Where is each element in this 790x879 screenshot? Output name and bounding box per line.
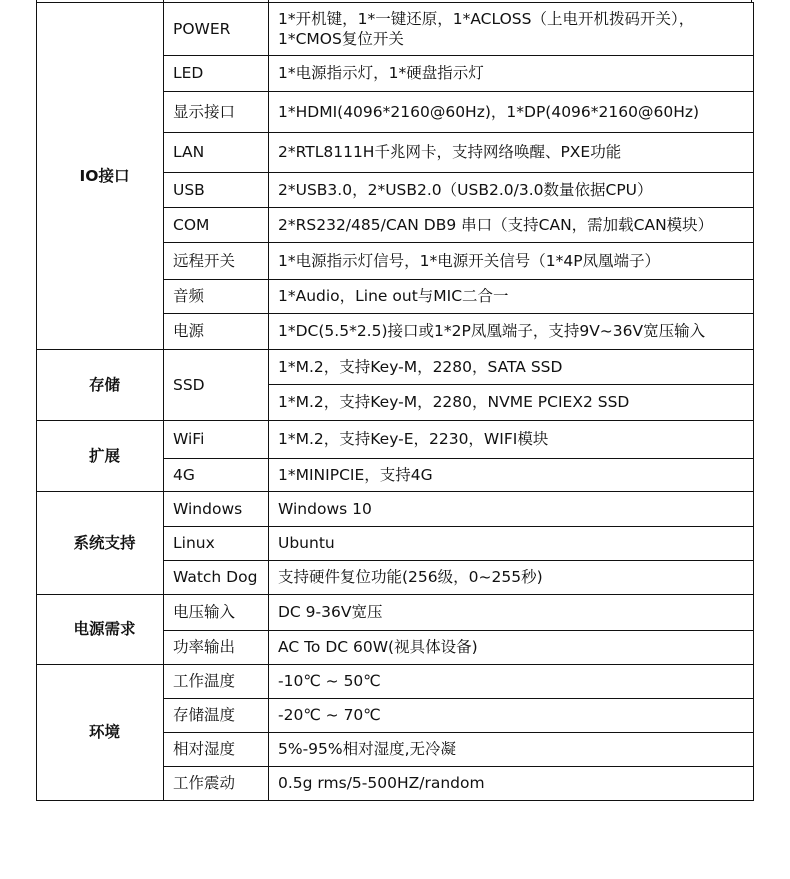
spec-value-cell: 1*开机键，1*一键还原，1*ACLOSS（上电开机拨码开关），1*CMOS复位…	[269, 3, 754, 56]
item-label-cell: 音频	[164, 280, 269, 314]
spec-value-cell: 1*DC(5.5*2.5)接口或1*2P凤凰端子，支持9V~36V宽压输入	[269, 314, 754, 350]
item-label-cell: Linux	[164, 527, 269, 561]
item-label-cell: WiFi	[164, 421, 269, 459]
spec-value-cell: DC 9-36V宽压	[269, 595, 754, 631]
table-row: 电源需求电压输入DC 9-36V宽压	[37, 595, 754, 631]
item-label-cell: USB	[164, 173, 269, 208]
table-row: IO接口POWER1*开机键，1*一键还原，1*ACLOSS（上电开机拨码开关）…	[37, 3, 754, 56]
spec-value-cell: -20℃ ~ 70℃	[269, 699, 754, 733]
spec-value-cell: -10℃ ~ 50℃	[269, 665, 754, 699]
spec-value-cell: 2*USB3.0，2*USB2.0（USB2.0/3.0数量依据CPU）	[269, 173, 754, 208]
spec-value-cell: 1*M.2，支持Key-M，2280，SATA SSD	[269, 350, 754, 385]
table-row: 环境工作温度-10℃ ~ 50℃	[37, 665, 754, 699]
category-cell: 电源需求	[37, 595, 164, 665]
item-label-cell: 存储温度	[164, 699, 269, 733]
spec-value-cell: 0.5g rms/5-500HZ/random	[269, 767, 754, 801]
item-label-cell: 相对湿度	[164, 733, 269, 767]
category-cell: 扩展	[37, 421, 164, 492]
item-label-cell: 远程开关	[164, 243, 269, 280]
spec-value-cell: 1*电源指示灯信号，1*电源开关信号（1*4P凤凰端子）	[269, 243, 754, 280]
category-cell: 环境	[37, 665, 164, 801]
item-label-cell: 电压输入	[164, 595, 269, 631]
spec-value-cell: 1*M.2，支持Key-M，2280，NVME PCIEX2 SSD	[269, 385, 754, 421]
item-label-cell: COM	[164, 208, 269, 243]
item-label-cell: Windows	[164, 492, 269, 527]
category-cell: 系统支持	[37, 492, 164, 595]
spec-value-cell: 5%-95%相对湿度,无冷凝	[269, 733, 754, 767]
spec-value-cell: 1*电源指示灯，1*硬盘指示灯	[269, 56, 754, 92]
table-row: 系统支持WindowsWindows 10	[37, 492, 754, 527]
item-label-cell: 功率输出	[164, 631, 269, 665]
item-label-cell: LED	[164, 56, 269, 92]
spec-value-cell: Windows 10	[269, 492, 754, 527]
spec-value-cell: 1*Audio，Line out与MIC二合一	[269, 280, 754, 314]
category-cell: 存储	[37, 350, 164, 421]
category-cell: IO接口	[37, 3, 164, 350]
item-label-cell: POWER	[164, 3, 269, 56]
spec-value-cell: 支持硬件复位功能(256级，0~255秒)	[269, 561, 754, 595]
spec-value-cell: AC To DC 60W(视具体设备)	[269, 631, 754, 665]
spec-value-cell: 1*MINIPCIE，支持4G	[269, 459, 754, 492]
spec-value-cell: 1*HDMI(4096*2160@60Hz)，1*DP(4096*2160@60…	[269, 92, 754, 133]
item-label-cell: Watch Dog	[164, 561, 269, 595]
item-label-cell: 工作温度	[164, 665, 269, 699]
item-label-cell: LAN	[164, 133, 269, 173]
item-label-cell: 工作震动	[164, 767, 269, 801]
table-row: 存储SSD1*M.2，支持Key-M，2280，SATA SSD	[37, 350, 754, 385]
spec-value-cell: 2*RS232/485/CAN DB9 串口（支持CAN，需加载CAN模块）	[269, 208, 754, 243]
item-label-cell: 显示接口	[164, 92, 269, 133]
spec-value-cell: 2*RTL8111H千兆网卡，支持网络唤醒、PXE功能	[269, 133, 754, 173]
spec-table-body: IO接口POWER1*开机键，1*一键还原，1*ACLOSS（上电开机拨码开关）…	[37, 3, 754, 801]
spec-value-cell: Ubuntu	[269, 527, 754, 561]
spec-table: IO接口POWER1*开机键，1*一键还原，1*ACLOSS（上电开机拨码开关）…	[36, 2, 754, 801]
spec-value-cell: 1*M.2，支持Key-E，2230，WIFI模块	[269, 421, 754, 459]
item-label-cell: SSD	[164, 350, 269, 421]
item-label-cell: 4G	[164, 459, 269, 492]
item-label-cell: 电源	[164, 314, 269, 350]
table-row: 扩展WiFi1*M.2，支持Key-E，2230，WIFI模块	[37, 421, 754, 459]
